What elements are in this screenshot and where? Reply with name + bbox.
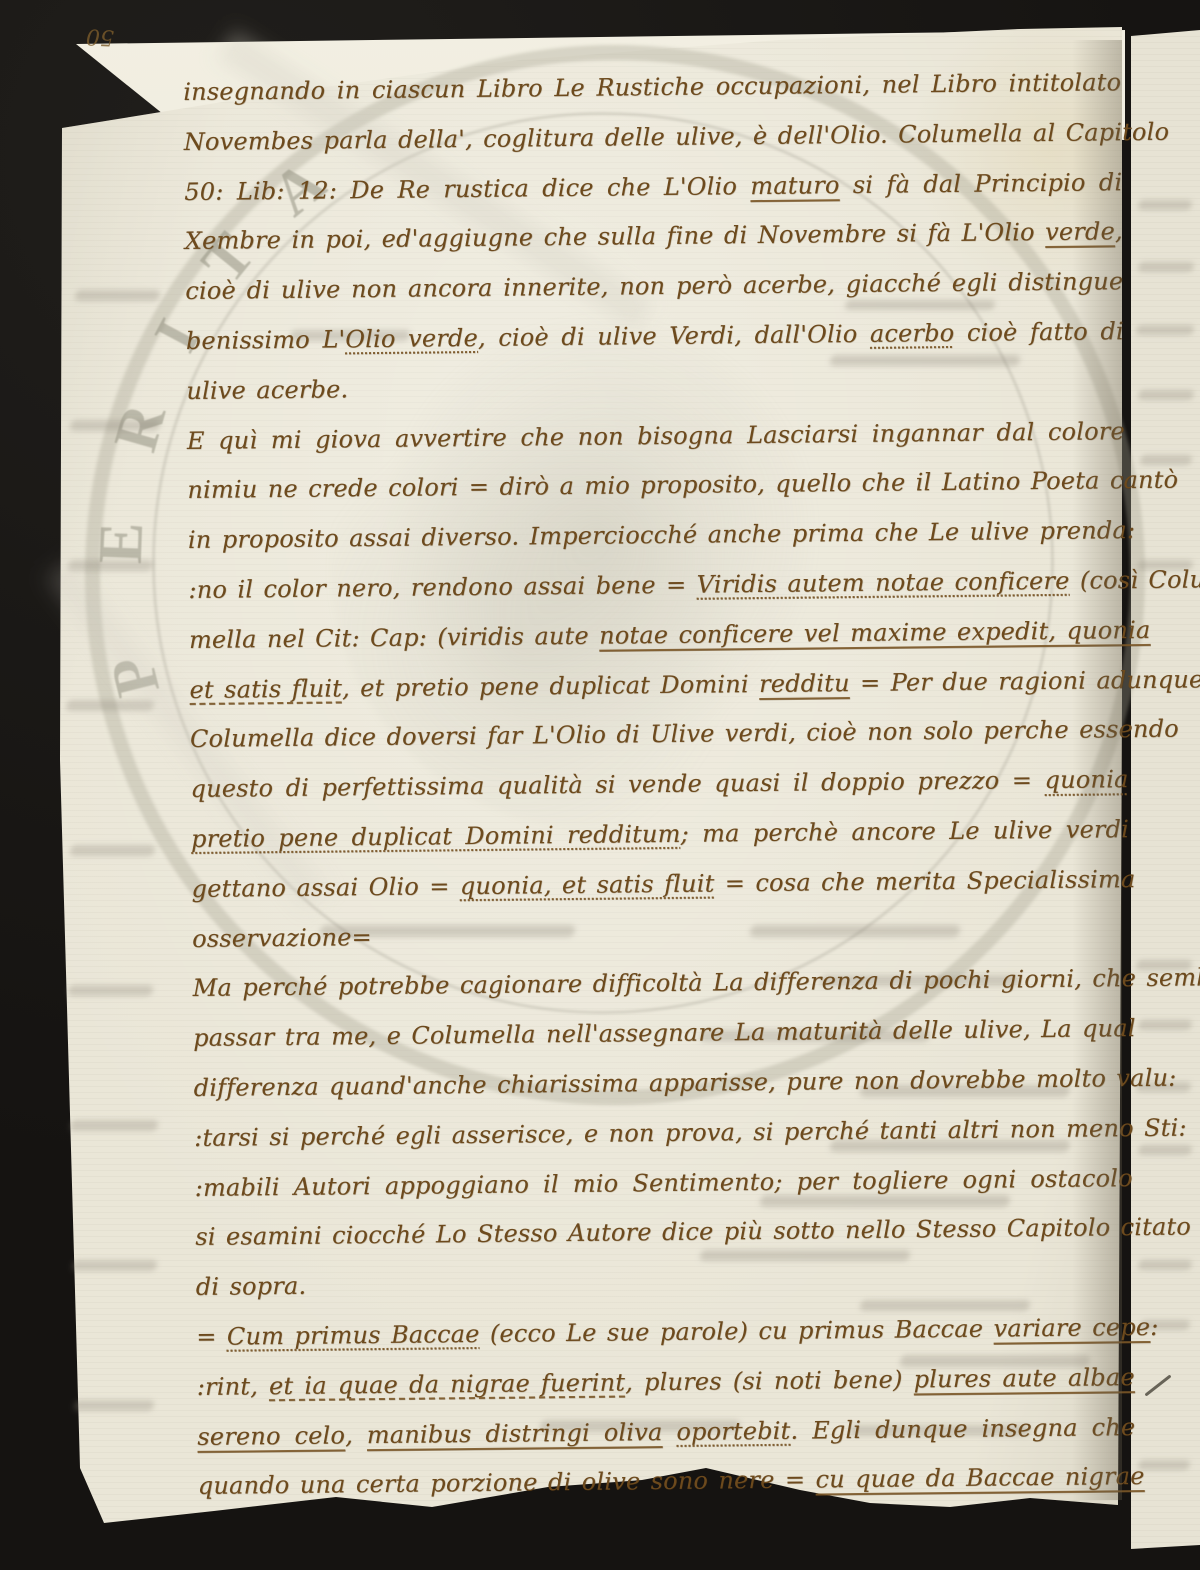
manuscript-line: quando una certa porzione di olive sono …	[198, 1452, 1136, 1512]
manuscript-scan: PERITA insegnando in ciascun Libro Le Ru…	[0, 0, 1200, 1570]
manuscript-line: si esamini ciocché Lo Stesso Autore dice…	[195, 1203, 1133, 1263]
manuscript-line: :tarsi si perché egli asserisce, e non p…	[194, 1104, 1132, 1164]
manuscript-line: :rint, et ia quae da nigrae fuerint, plu…	[197, 1353, 1135, 1413]
manuscript-text: insegnando in ciascun Libro Le Rustiche …	[183, 58, 1136, 1512]
manuscript-line: mella nel Cit: Cap: (viridis aute notae …	[189, 606, 1127, 666]
manuscript-line: benissimo L'Olio verde, cioè di ulive Ve…	[186, 307, 1124, 367]
manuscript-line: gettano assai Olio = quonia, et satis fl…	[191, 855, 1129, 915]
page-number: 50	[85, 23, 114, 49]
